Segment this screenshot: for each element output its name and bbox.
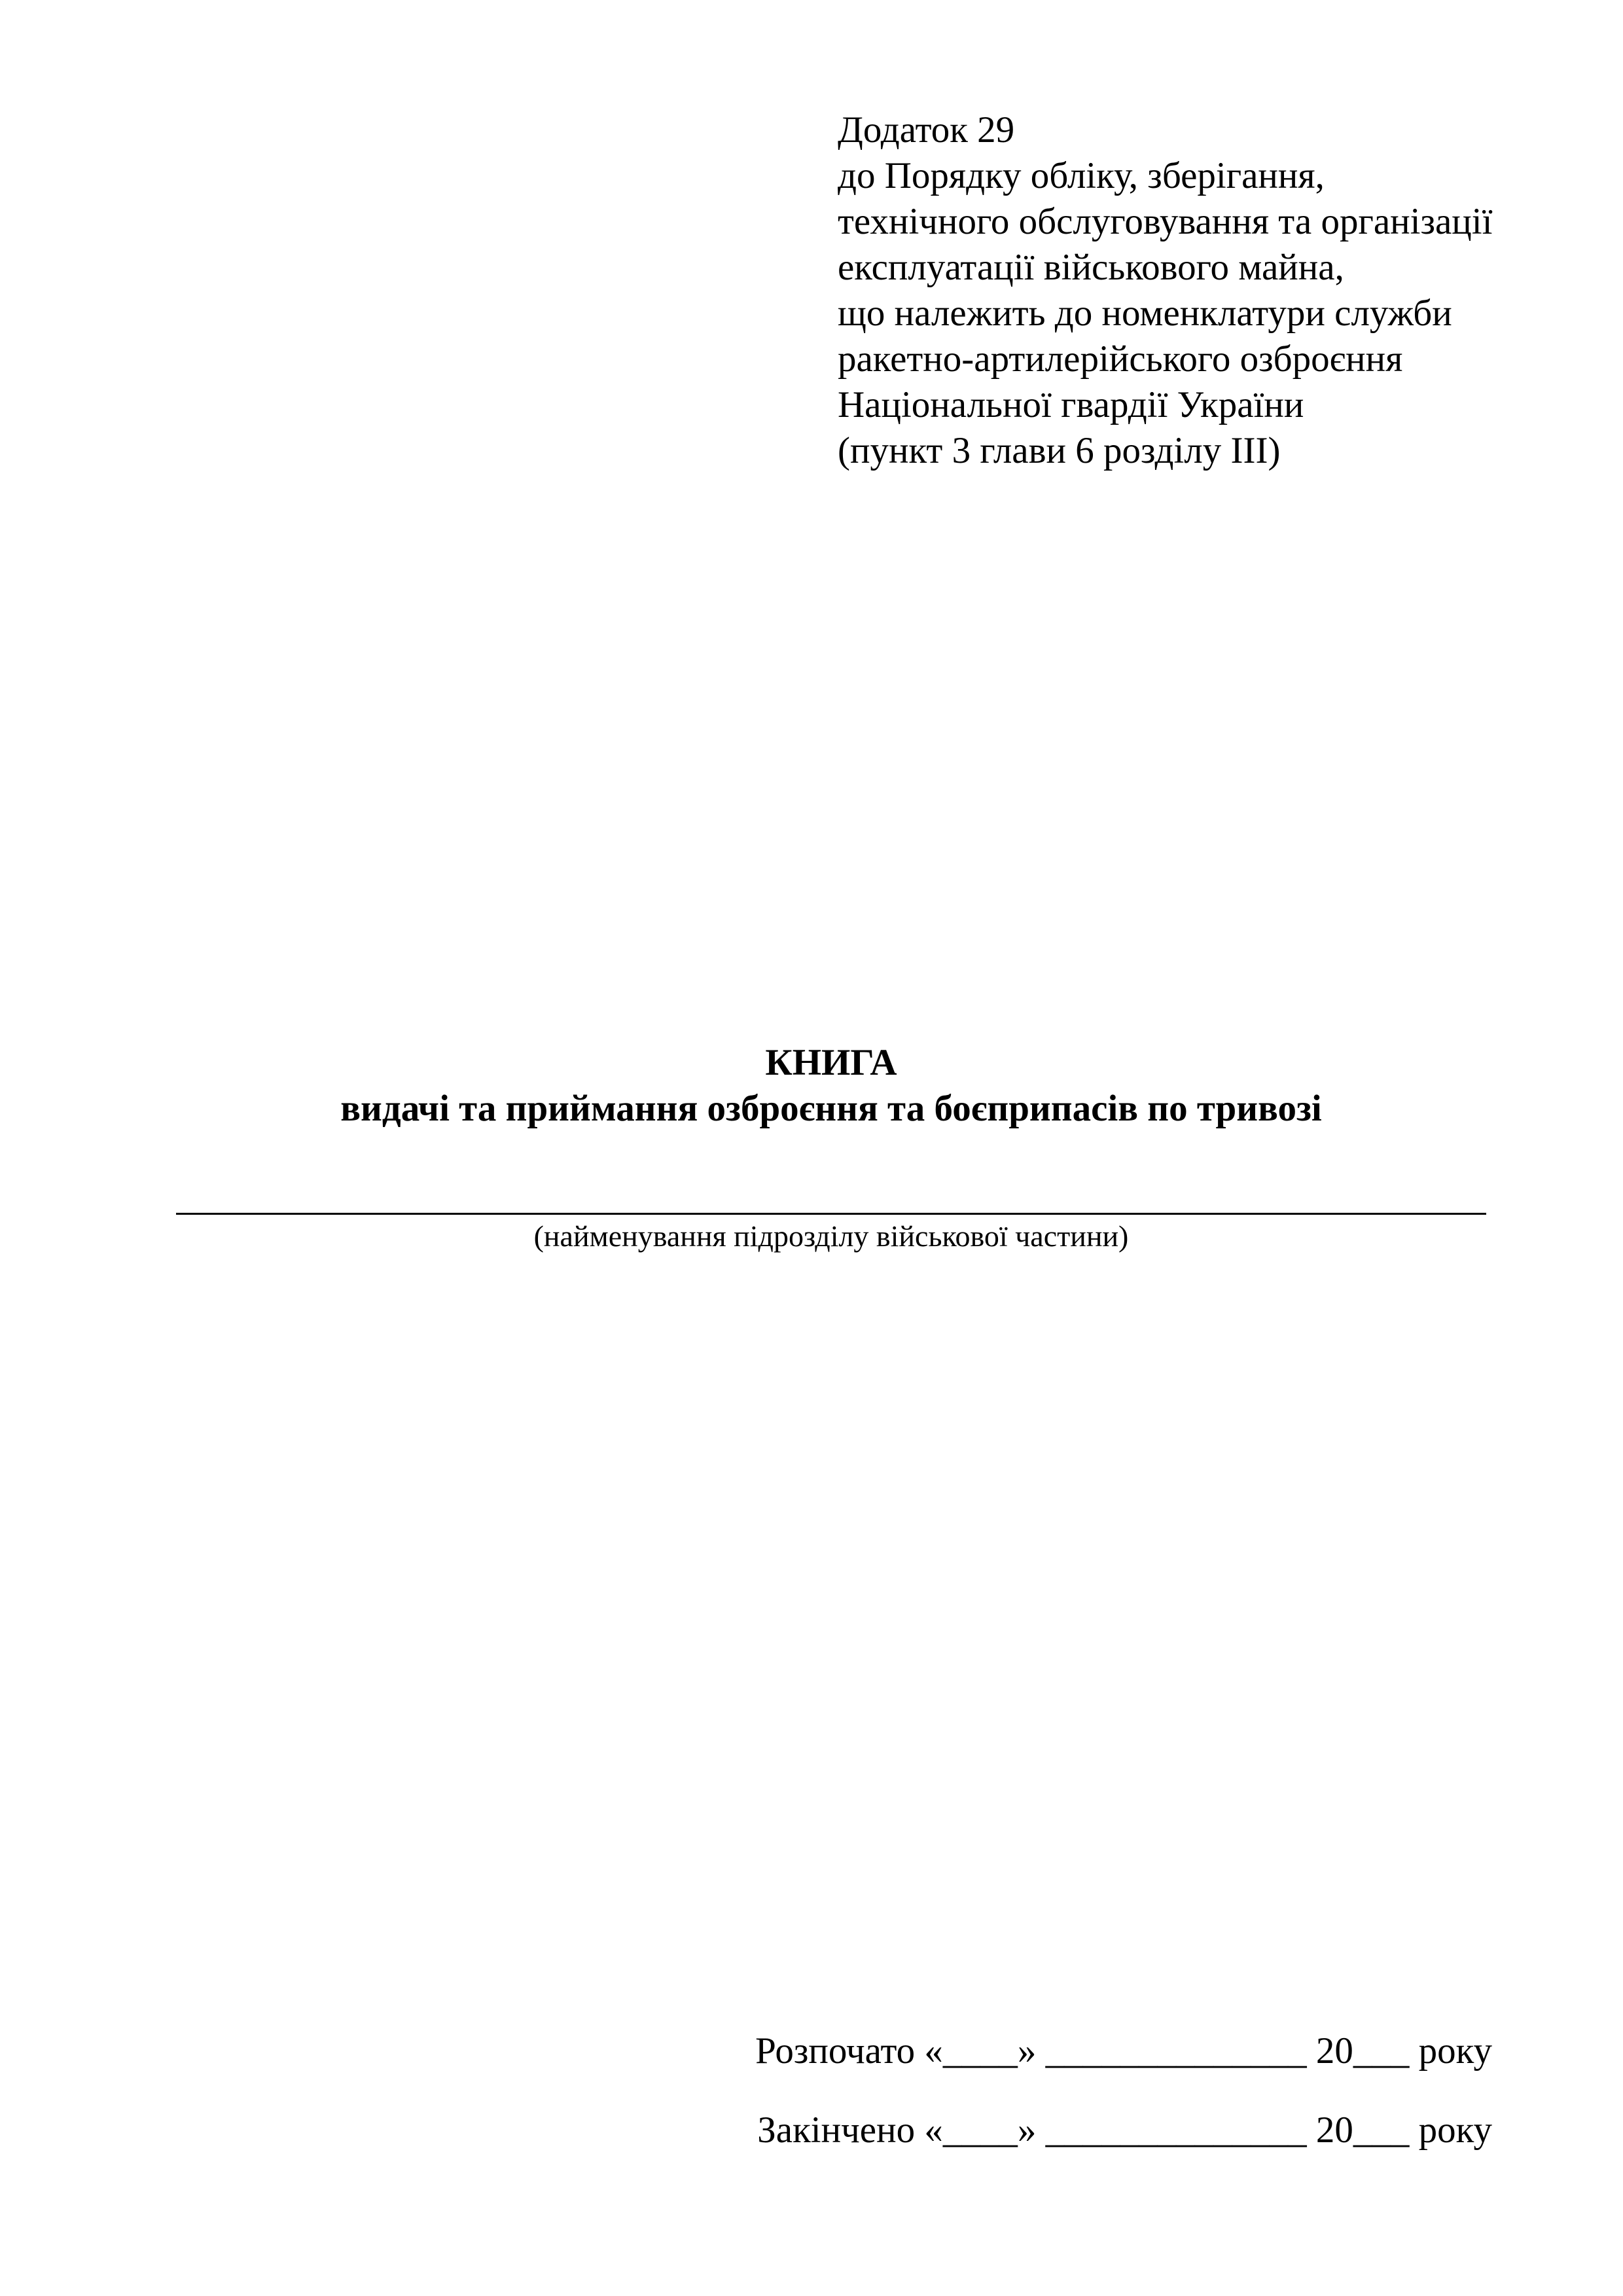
- appendix-line: технічного обслуговування та організації: [838, 199, 1492, 245]
- date-finished-year-blank[interactable]: 20___: [1316, 2109, 1410, 2151]
- appendix-line: експлуатації військового майна,: [838, 245, 1492, 291]
- appendix-clause: (пункт 3 глави 6 розділу III): [838, 428, 1492, 474]
- unit-name-caption: (найменування підрозділу військової част…: [176, 1218, 1486, 1255]
- date-finished-day-blank[interactable]: «____»: [924, 2109, 1036, 2151]
- date-started-label: Розпочато: [755, 2030, 915, 2072]
- appendix-line: Національної гвардії України: [838, 382, 1492, 428]
- appendix-number: Додаток 29: [838, 107, 1492, 153]
- date-started-line: Розпочато «____» ______________ 20___ ро…: [755, 2028, 1492, 2074]
- date-finished-suffix: року: [1419, 2109, 1492, 2151]
- unit-name-field-line[interactable]: [176, 1213, 1486, 1215]
- document-page: Додаток 29 до Порядку обліку, зберігання…: [0, 0, 1623, 2296]
- appendix-line: ракетно-артилерійського озброєння: [838, 336, 1492, 382]
- title-subheading: видачі та приймання озброєння та боєприп…: [176, 1086, 1486, 1132]
- document-title: КНИГА видачі та приймання озброєння та б…: [176, 1040, 1486, 1132]
- date-finished-line: Закінчено «____» ______________ 20___ ро…: [757, 2108, 1492, 2153]
- appendix-line: що належить до номенклатури служби: [838, 291, 1492, 336]
- date-started-suffix: року: [1419, 2030, 1492, 2072]
- title-heading: КНИГА: [176, 1040, 1486, 1086]
- date-started-year-blank[interactable]: 20___: [1316, 2030, 1410, 2072]
- date-started-month-blank[interactable]: ______________: [1046, 2030, 1307, 2072]
- date-finished-label: Закінчено: [757, 2109, 915, 2151]
- date-started-day-blank[interactable]: «____»: [924, 2030, 1036, 2072]
- date-finished-month-blank[interactable]: ______________: [1046, 2109, 1307, 2151]
- appendix-line: до Порядку обліку, зберігання,: [838, 153, 1492, 199]
- appendix-reference: Додаток 29 до Порядку обліку, зберігання…: [838, 107, 1492, 474]
